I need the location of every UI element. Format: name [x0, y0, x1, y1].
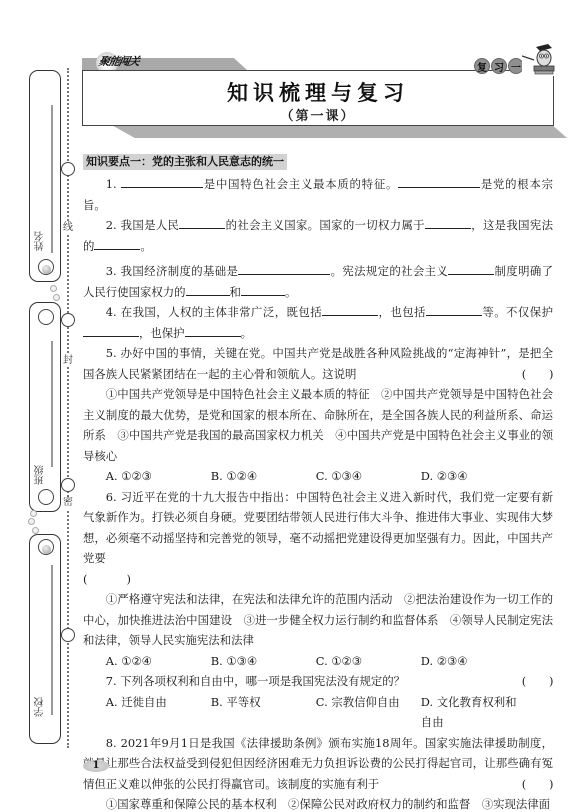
- school-label: 学校: [34, 685, 50, 717]
- question-5-statements: ①中国共产党领导是中国特色社会主义最本质的特征 ②中国共产党领导是中国特色社会主…: [83, 384, 553, 466]
- binding-margin: 姓名 班级 学校 线 封 密: [0, 0, 80, 812]
- cut-circle-icon: [61, 628, 75, 642]
- fill-blank[interactable]: [185, 325, 241, 337]
- option-a[interactable]: A. ①②③: [106, 466, 211, 487]
- question-6-paren-line: ( ): [83, 569, 553, 590]
- fill-blank[interactable]: [94, 238, 140, 250]
- option-a[interactable]: A. 迁徙自由: [106, 692, 211, 733]
- class-write-line: [51, 341, 53, 467]
- logo-text: 聚能闯关: [98, 53, 141, 69]
- binding-hole-icon: [38, 539, 54, 555]
- question-8: 8. 2021年9月1日是我国《法律援助条例》颁布实施18周年。国家实施法律援助…: [83, 733, 553, 795]
- page-subtitle: （第一课）: [83, 105, 553, 124]
- fill-blank[interactable]: [121, 176, 203, 188]
- option-c[interactable]: C. ①②③: [316, 651, 421, 672]
- fill-blank[interactable]: [426, 304, 482, 316]
- question-2: 2. 我国是人民的社会主义国家。国家的一切权力属于，这是我国宪法的。: [83, 215, 553, 256]
- question-5-stem: 5. 办好中国的事情，关键在党。中国共产党是战胜各种风险挑战的“定海神针”，是把…: [83, 346, 553, 381]
- option-d[interactable]: D. 文化教育权利和自由: [421, 692, 526, 733]
- class-label: 班级: [34, 453, 50, 485]
- binding-hole-icon: [38, 309, 54, 325]
- option-d[interactable]: D. ②③④: [421, 466, 526, 487]
- question-5-options: A. ①②③ B. ①②④ C. ①③④ D. ②③④: [83, 466, 553, 487]
- fill-blank[interactable]: [179, 217, 225, 229]
- review-badges: 复 习 一: [474, 58, 524, 74]
- question-1: 1. 是中国特色社会主义最本质的特征。是党的根本宗旨。: [83, 174, 553, 215]
- page-number: 1: [83, 760, 109, 772]
- option-b[interactable]: B. ①②④: [211, 466, 316, 487]
- school-field-tab[interactable]: 学校: [29, 534, 61, 744]
- name-write-line: [51, 105, 53, 253]
- header-banner: 聚能闯关 知识梳理与复习 （第一课） 复 习 一: [82, 58, 562, 144]
- owl-teacher-mascot-icon: [522, 42, 556, 76]
- question-6: 6. 习近平在党的十九大报告中指出：中国特色社会主义进入新时代，我们党一定要有新…: [83, 487, 553, 569]
- answer-paren[interactable]: ( ): [499, 364, 553, 385]
- class-field-tab[interactable]: 班级: [29, 302, 61, 512]
- fill-blank[interactable]: [425, 217, 471, 229]
- answer-paren[interactable]: ( ): [499, 671, 553, 692]
- school-write-line: [51, 565, 53, 715]
- option-d[interactable]: D. ②③④: [421, 651, 526, 672]
- section-heading: 知识要点一：党的主张和人民意志的统一: [83, 154, 287, 170]
- worksheet-content: 1. 是中国特色社会主义最本质的特征。是党的根本宗旨。 2. 我国是人民的社会主…: [83, 174, 553, 812]
- title-box: 知识梳理与复习 （第一课）: [82, 70, 554, 126]
- name-label: 姓名: [34, 219, 50, 251]
- question-7-stem: 7. 下列各项权利和自由中，哪一项是我国宪法没有规定的？: [106, 674, 405, 688]
- fill-blank[interactable]: [186, 284, 230, 296]
- binding-hole-icon: [38, 259, 54, 275]
- question-8-statements: ①国家尊重和保障公民的基本权利 ②保障公民对政府权力的制约和监督 ③实现法律面: [83, 794, 553, 812]
- cut-circle-icon: [61, 478, 75, 492]
- cut-mark-seal: 封: [61, 355, 75, 367]
- question-8-stem: 8. 2021年9月1日是我国《法律援助条例》颁布实施18周年。国家实施法律援助…: [83, 736, 553, 791]
- fill-blank[interactable]: [241, 284, 285, 296]
- fill-blank[interactable]: [448, 263, 494, 275]
- cut-mark-secret: 密: [61, 497, 75, 509]
- cut-circle-icon: [61, 313, 75, 327]
- fill-blank[interactable]: [398, 176, 480, 188]
- badge-xi: 习: [491, 58, 507, 74]
- question-6-stem: 6. 习近平在党的十九大报告中指出：中国特色社会主义进入新时代，我们党一定要有新…: [83, 490, 553, 566]
- question-6-options: A. ①②④ B. ①③④ C. ①②③ D. ②③④: [83, 651, 553, 672]
- fill-blank[interactable]: [322, 304, 378, 316]
- question-3: 3. 我国经济制度的基础是。宪法规定的社会主义制度明确了人民行使国家权力的和。: [83, 261, 553, 302]
- option-c[interactable]: C. 宗教信仰自由: [316, 692, 421, 733]
- option-b[interactable]: B. 平等权: [211, 692, 316, 733]
- name-field-tab[interactable]: 姓名: [29, 70, 61, 282]
- question-7-options: A. 迁徙自由 B. 平等权 C. 宗教信仰自由 D. 文化教育权利和自由: [83, 692, 553, 733]
- option-a[interactable]: A. ①②④: [106, 651, 211, 672]
- cut-circle-icon: [61, 162, 75, 176]
- question-7: 7. 下列各项权利和自由中，哪一项是我国宪法没有规定的？ ( ): [83, 671, 553, 692]
- fill-blank[interactable]: [238, 263, 330, 275]
- binding-hole-icon: [38, 489, 54, 505]
- answer-paren[interactable]: ( ): [499, 774, 553, 795]
- answer-paren[interactable]: ( ): [83, 569, 137, 590]
- page-title: 知识梳理与复习: [83, 77, 553, 107]
- option-c[interactable]: C. ①③④: [316, 466, 421, 487]
- question-4: 4. 在我国，人权的主体非常广泛，既包括，也包括等。不仅保护，也保护。: [83, 302, 553, 343]
- question-5: 5. 办好中国的事情，关键在党。中国共产党是战胜各种风险挑战的“定海神针”，是把…: [83, 343, 553, 384]
- cut-mark-line: 线: [61, 222, 75, 234]
- fill-blank[interactable]: [83, 325, 139, 337]
- badge-fu: 复: [474, 58, 490, 74]
- question-6-statements: ①严格遵守宪法和法律，在宪法和法律允许的范围内活动 ②把法治建设作为一切工作的中…: [83, 589, 553, 651]
- option-b[interactable]: B. ①③④: [211, 651, 316, 672]
